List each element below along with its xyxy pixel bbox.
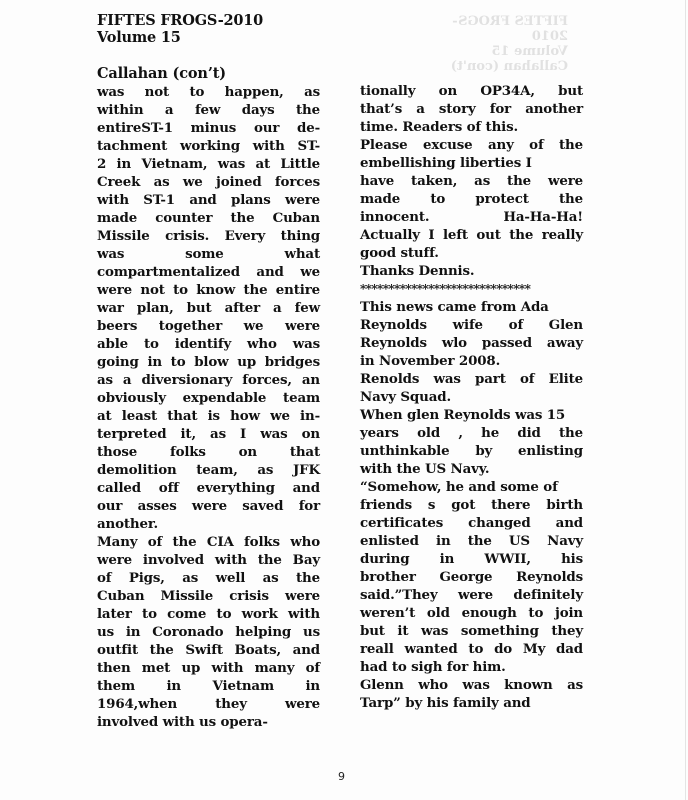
text-line: them in Vietnam in (97, 677, 320, 695)
text-line: as a diversionary forces, an (97, 371, 320, 389)
document-page: FIFTES FROGS-2010 Volume 15 Callahan (co… (0, 0, 688, 800)
left-column-body: was not to happen, aswithin a few days t… (97, 83, 320, 731)
text-line: 2 in Vietnam, was at Little (97, 155, 320, 173)
newsletter-header: FIFTES FROGS-2010 Volume 15 (97, 12, 263, 46)
text-line: were not to know the entire (97, 281, 320, 299)
text-line: at least that is how we in- (97, 407, 320, 425)
text-line: that’s a story for another (360, 100, 583, 118)
article-subheading: Callahan (con’t) (97, 64, 320, 83)
text-line: Reynolds wlo passed away (360, 334, 583, 352)
bleed-line: FIFTES FROGS-2010 (448, 14, 568, 44)
right-column: tionally on OP34A, butthat’s a story for… (360, 82, 583, 712)
bleed-through-text: FIFTES FROGS-2010 Volume 15 Callahan (co… (448, 14, 568, 74)
text-line: involved with us opera- (97, 713, 320, 731)
text-line: 1964,when they were (97, 695, 320, 713)
text-line: then met up with many of (97, 659, 320, 677)
text-line: Cuban Missile crisis were (97, 587, 320, 605)
text-line: was not to happen, as (97, 83, 320, 101)
text-line: Thanks Dennis. (360, 262, 583, 280)
text-line: years old , he did the (360, 424, 583, 442)
text-line: Missile crisis. Every thing (97, 227, 320, 245)
right-column-body-part2: This news came from AdaReynolds wife of … (360, 298, 583, 712)
text-line: beers together we were (97, 317, 320, 335)
text-line: time. Readers of this. (360, 118, 583, 136)
text-line: have taken, as the were (360, 172, 583, 190)
text-line: those folks on that (97, 443, 320, 461)
text-line: good stuff. (360, 244, 583, 262)
text-line: later to come to work with (97, 605, 320, 623)
text-line: with the US Navy. (360, 460, 583, 478)
text-line: “Somehow, he and some of (360, 478, 583, 496)
text-line: but it was something they (360, 622, 583, 640)
text-line: able to identify who was (97, 335, 320, 353)
text-line: with ST-1 and plans were (97, 191, 320, 209)
text-line: Reynolds wife of Glen (360, 316, 583, 334)
text-line: certificates changed and (360, 514, 583, 532)
text-line: another. (97, 515, 320, 533)
text-line: said.”They were definitely (360, 586, 583, 604)
text-line: us in Coronado helping us (97, 623, 320, 641)
text-line: entireST-1 minus our de- (97, 119, 320, 137)
text-line: brother George Reynolds (360, 568, 583, 586)
text-line: tachment working with ST- (97, 137, 320, 155)
text-line: made to protect the (360, 190, 583, 208)
text-line: called off everything and (97, 479, 320, 497)
text-line: of Pigs, as well as the (97, 569, 320, 587)
text-line: Actually I left out the really (360, 226, 583, 244)
text-line: Tarp” by his family and (360, 694, 583, 712)
text-line: obviously expendable team (97, 389, 320, 407)
text-line: going in to blow up bridges (97, 353, 320, 371)
newsletter-title: FIFTES FROGS-2010 (97, 12, 263, 29)
text-line: demolition team, as JFK (97, 461, 320, 479)
text-line: Please excuse any of the (360, 136, 583, 154)
text-line: war plan, but after a few (97, 299, 320, 317)
text-line: Renolds was part of Elite (360, 370, 583, 388)
text-line: Navy Squad. (360, 388, 583, 406)
text-line: outfit the Swift Boats, and (97, 641, 320, 659)
text-line: compartmentalized and we (97, 263, 320, 281)
text-line: Glenn who was known as (360, 676, 583, 694)
bleed-line: Callahan (con't) (448, 59, 568, 74)
text-line: Creek as we joined forces (97, 173, 320, 191)
text-line: were involved with the Bay (97, 551, 320, 569)
page-number: 9 (338, 770, 345, 783)
text-line: made counter the Cuban (97, 209, 320, 227)
text-line: Many of the CIA folks who (97, 533, 320, 551)
text-line: terpreted it, as I was on (97, 425, 320, 443)
text-line: during in WWII, his (360, 550, 583, 568)
text-line: in November 2008. (360, 352, 583, 370)
section-separator: ****************************** (360, 280, 583, 298)
text-line: was some what (97, 245, 320, 263)
text-line: tionally on OP34A, but (360, 82, 583, 100)
text-line: reall wanted to do My dad (360, 640, 583, 658)
text-line: enlisted in the US Navy (360, 532, 583, 550)
volume-label: Volume 15 (97, 29, 263, 46)
text-line: embellishing liberties I (360, 154, 583, 172)
text-line: friends s got there birth (360, 496, 583, 514)
text-line: within a few days the (97, 101, 320, 119)
right-column-body-part1: tionally on OP34A, butthat’s a story for… (360, 82, 583, 280)
scan-edge-line (685, 0, 686, 800)
text-line: had to sigh for him. (360, 658, 583, 676)
text-line: our asses were saved for (97, 497, 320, 515)
text-line: weren’t old enough to join (360, 604, 583, 622)
text-line: When glen Reynolds was 15 (360, 406, 583, 424)
left-column: Callahan (con’t) was not to happen, aswi… (97, 64, 320, 731)
text-line: innocent. Ha-Ha-Ha! (360, 208, 583, 226)
text-line: This news came from Ada (360, 298, 583, 316)
text-line: unthinkable by enlisting (360, 442, 583, 460)
bleed-line: Volume 15 (448, 44, 568, 59)
